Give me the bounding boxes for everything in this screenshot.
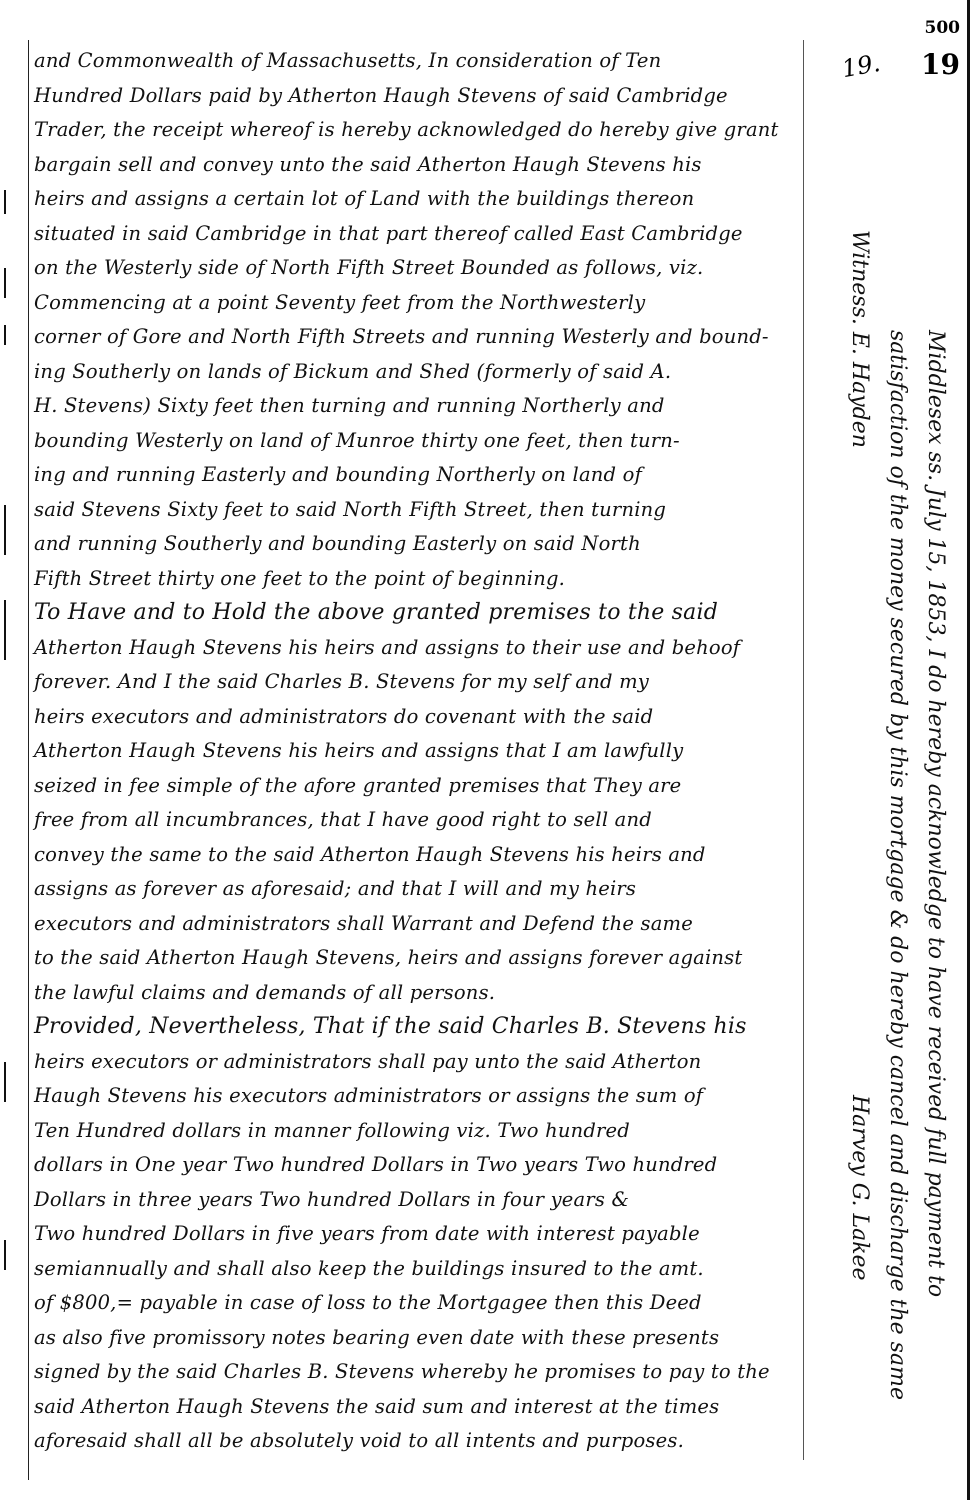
body-line: free from all incumbrances, that I have …: [34, 803, 802, 838]
body-line: and running Southerly and bounding Easte…: [34, 527, 802, 562]
body-line: assigns as forever as aforesaid; and tha…: [34, 872, 802, 907]
body-line: aforesaid shall all be absolutely void t…: [34, 1424, 802, 1459]
body-line: Dollars in three years Two hundred Dolla…: [34, 1183, 802, 1218]
body-line: bounding Westerly on land of Munroe thir…: [34, 424, 802, 459]
proviso-line: Provided, Nevertheless, That if the said…: [34, 1010, 802, 1045]
body-line: Two hundred Dollars in five years from d…: [34, 1217, 802, 1252]
body-line: the lawful claims and demands of all per…: [34, 976, 802, 1011]
body-line: convey the same to the said Atherton Hau…: [34, 838, 802, 873]
body-line: heirs executors and administrators do co…: [34, 700, 802, 735]
body-line: forever. And I the said Charles B. Steve…: [34, 665, 802, 700]
body-line: heirs executors or administrators shall …: [34, 1045, 802, 1080]
body-line: ing Southerly on lands of Bickum and She…: [34, 355, 802, 390]
body-line: semiannually and shall also keep the bui…: [34, 1252, 802, 1287]
body-line: bargain sell and convey unto the said At…: [34, 148, 802, 183]
body-line: executors and administrators shall Warra…: [34, 907, 802, 942]
body-line: signed by the said Charles B. Stevens wh…: [34, 1355, 802, 1390]
body-line: Atherton Haugh Stevens his heirs and ass…: [34, 734, 802, 769]
page-number: 500: [925, 18, 961, 38]
body-line: said Stevens Sixty feet to said North Fi…: [34, 493, 802, 528]
body-line: seized in fee simple of the afore grante…: [34, 769, 802, 804]
text-right-rule: [803, 40, 804, 1460]
body-line: Atherton Haugh Stevens his heirs and ass…: [34, 631, 802, 666]
deed-body: and Commonwealth of Massachusetts, In co…: [34, 44, 802, 1459]
body-line: Fifth Street thirty one feet to the poin…: [34, 562, 802, 597]
discharge-note-line-2: satisfaction of the money secured by thi…: [885, 330, 910, 1400]
body-line: situated in said Cambridge in that part …: [34, 217, 802, 252]
body-line: Ten Hundred dollars in manner following …: [34, 1114, 802, 1149]
body-line: ing and running Easterly and bounding No…: [34, 458, 802, 493]
left-margin-marks: [4, 0, 24, 1500]
body-line: to the said Atherton Haugh Stevens, heir…: [34, 941, 802, 976]
body-line: Trader, the receipt whereof is hereby ac…: [34, 113, 802, 148]
left-margin-rule: [28, 40, 29, 1480]
body-line: corner of Gore and North Fifth Streets a…: [34, 320, 802, 355]
body-line: and Commonwealth of Massachusetts, In co…: [34, 44, 802, 79]
body-line: said Atherton Haugh Stevens the said sum…: [34, 1390, 802, 1425]
body-line: H. Stevens) Sixty feet then turning and …: [34, 389, 802, 424]
body-line: Haugh Stevens his executors administrato…: [34, 1079, 802, 1114]
body-line: on the Westerly side of North Fifth Stre…: [34, 251, 802, 286]
witness-note: Witness. E. Hayden: [847, 230, 872, 448]
discharge-note-line-1: Middlesex ss. July 15, 1853, I do hereby…: [923, 330, 948, 1297]
deed-page: 500 19 19. and Commonwealth of Massachus…: [0, 0, 970, 1500]
discharge-signature: Harvey G. Lakee: [847, 1095, 872, 1281]
body-line: Hundred Dollars paid by Atherton Haugh S…: [34, 79, 802, 114]
folio-number: 19: [921, 48, 960, 81]
body-line: heirs and assigns a certain lot of Land …: [34, 182, 802, 217]
handwritten-folio: 19.: [840, 49, 882, 83]
habendum-line: To Have and to Hold the above granted pr…: [34, 596, 802, 631]
body-line: Commencing at a point Seventy feet from …: [34, 286, 802, 321]
body-line: of $800,= payable in case of loss to the…: [34, 1286, 802, 1321]
body-line: as also five promissory notes bearing ev…: [34, 1321, 802, 1356]
body-line: dollars in One year Two hundred Dollars …: [34, 1148, 802, 1183]
